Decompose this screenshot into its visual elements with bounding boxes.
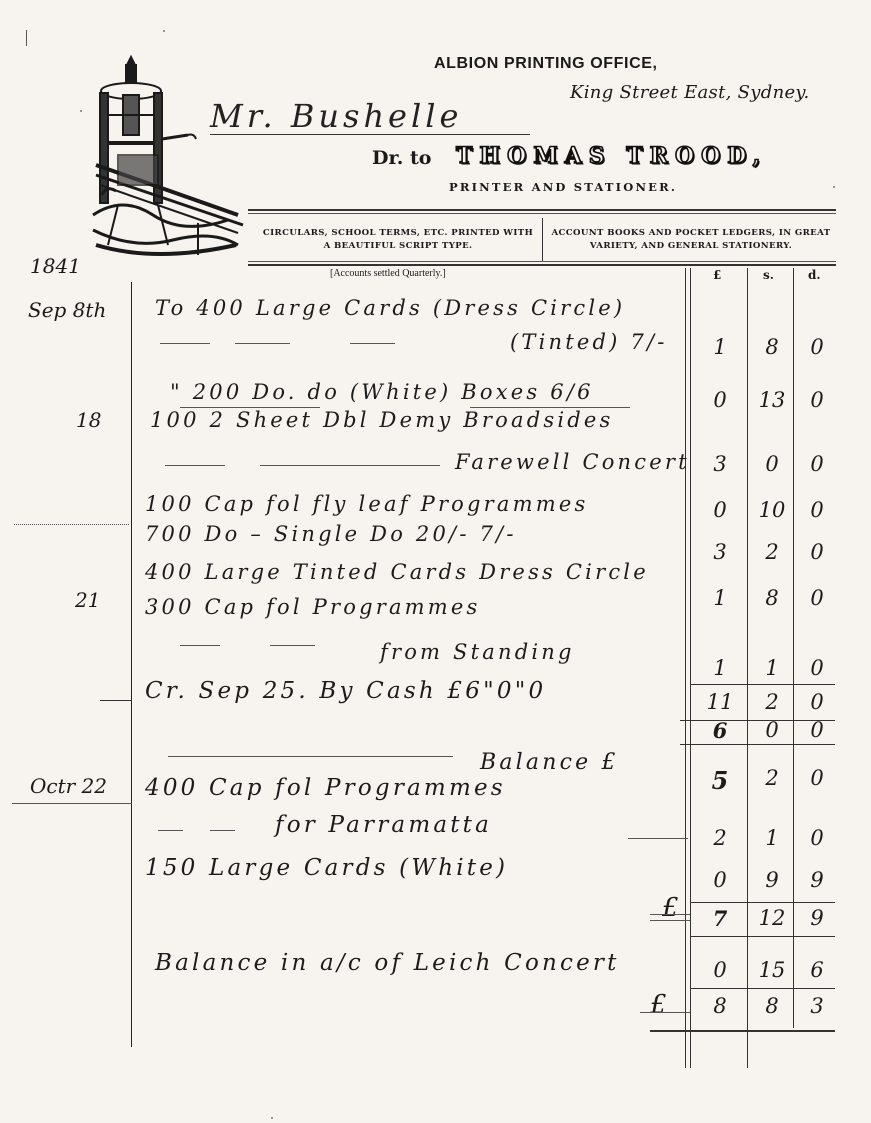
filler-dash — [235, 343, 290, 344]
subtotal-pounds: 11 — [700, 690, 740, 714]
shillings-column-rule — [747, 268, 748, 1068]
column-header-shillings: s. — [763, 268, 774, 282]
filler-dash — [158, 830, 183, 831]
filler-dash — [210, 830, 235, 831]
amount-pence: 0 — [797, 498, 837, 522]
grand-total-rule-bottom — [650, 1030, 835, 1032]
amount-pounds: 0 — [700, 868, 740, 892]
entry-description: 400 Large Tinted Cards Dress Circle — [145, 560, 649, 584]
printing-press-illustration — [88, 55, 248, 260]
concert-balance-shillings: 15 — [752, 958, 792, 982]
filler-dash — [260, 465, 440, 466]
column-header-pounds: £ — [713, 268, 721, 282]
credit-shillings: 0 — [752, 718, 792, 742]
amount-shillings: 1 — [752, 826, 792, 850]
subtotal-shillings: 2 — [752, 690, 792, 714]
balance-shillings: 2 — [752, 766, 792, 790]
concert-balance-pence: 6 — [797, 958, 837, 982]
office-address: King Street East, Sydney. — [570, 82, 810, 103]
entry-description: 700 Do – Single Do 20/- 7/- — [145, 522, 517, 546]
filler-dash — [350, 343, 395, 344]
date-margin-rule — [131, 282, 132, 1047]
pound-strike — [650, 920, 690, 921]
amount-shillings: 9 — [752, 868, 792, 892]
amount-pence: 0 — [797, 540, 837, 564]
customer-name: Mr. Bushelle — [210, 98, 530, 135]
entry-description: (Tinted) 7/- — [510, 330, 668, 354]
amount-pounds: 0 — [700, 388, 740, 412]
entry-date: Octr 22 — [30, 774, 107, 798]
amount-pence: 0 — [797, 656, 837, 680]
filler-dash — [270, 645, 315, 646]
band-divider — [542, 218, 543, 261]
amount-shillings: 8 — [752, 335, 792, 359]
pound-strike — [640, 1012, 690, 1013]
entry-description: from Standing — [380, 640, 575, 664]
balance-label: Balance £ — [480, 750, 619, 775]
entry-description: 400 Cap fol Programmes — [145, 775, 506, 801]
scan-mark — [26, 30, 27, 46]
entry-description: " 200 Do. do (White) Boxes 6/6 — [170, 380, 594, 404]
grand-total-pounds: 8 — [700, 994, 740, 1018]
amount-pounds: 1 — [700, 335, 740, 359]
entry-date: Sep 8th — [28, 298, 106, 322]
amount-pounds: 1 — [700, 656, 740, 680]
amount-pence: 0 — [797, 452, 837, 476]
grand-total-shillings: 8 — [752, 994, 792, 1018]
amount-pounds: 2 — [700, 826, 740, 850]
pound-sign: £ — [650, 990, 667, 1020]
amount-shillings: 0 — [752, 452, 792, 476]
firm-subtitle: PRINTER AND STATIONER. — [449, 180, 677, 194]
credit-margin-tick — [100, 700, 132, 701]
amount-pence: 0 — [797, 586, 837, 610]
amount-pounds: 1 — [700, 586, 740, 610]
amount-pounds: 0 — [700, 498, 740, 522]
amount-shillings: 2 — [752, 540, 792, 564]
grand-total-rule-top — [690, 988, 835, 989]
pound-strike — [650, 914, 690, 915]
entry-description: for Parramatta — [275, 812, 492, 838]
entry-description: 300 Cap fol Programmes — [145, 595, 481, 619]
band-rule-top — [248, 209, 836, 211]
scan-speck — [833, 186, 835, 188]
amount-pounds: 3 — [700, 540, 740, 564]
settlement-note: [Accounts settled Quarterly.] — [330, 268, 446, 279]
balance-pounds: 5 — [700, 766, 740, 795]
entry-description: 100 2 Sheet Dbl Demy Broadsides — [150, 408, 613, 432]
filler-dash — [160, 343, 210, 344]
firm-name: THOMAS TROOD, — [456, 143, 767, 169]
pence-column-rule — [793, 268, 794, 1028]
total-rule-top — [690, 902, 835, 903]
advert-printing: CIRCULARS, SCHOOL TERMS, ETC. PRINTED WI… — [258, 227, 538, 253]
entry-description: Farewell Concert — [455, 450, 690, 474]
total-rule-bottom — [690, 936, 835, 937]
balance-rule — [680, 744, 835, 745]
pounds-column-rule-inner — [690, 268, 691, 1068]
amount-pence: 0 — [797, 335, 837, 359]
concert-balance-pounds: 0 — [700, 958, 740, 982]
credit-pounds: 6 — [700, 718, 740, 743]
october-margin-rule — [12, 803, 132, 804]
amount-shillings: 10 — [752, 498, 792, 522]
amount-pence: 0 — [797, 826, 837, 850]
entry-date: 21 — [75, 588, 100, 612]
column-header-pence: d. — [808, 268, 821, 282]
amount-shillings: 8 — [752, 586, 792, 610]
amount-pence: 9 — [797, 868, 837, 892]
total-shillings: 12 — [752, 906, 792, 930]
total-pounds: 7 — [700, 906, 740, 931]
amount-pence: 0 — [797, 388, 837, 412]
concert-balance-description: Balance in a/c of Leich Concert — [155, 950, 620, 976]
total-pence: 9 — [797, 906, 837, 930]
margin-mark — [14, 524, 129, 525]
balance-pence: 0 — [797, 766, 837, 790]
band-rule-bottom-thin — [248, 261, 836, 262]
amount-shillings: 13 — [752, 388, 792, 412]
entry-description: 150 Large Cards (White) — [145, 855, 508, 881]
subtotal-rule — [690, 684, 835, 685]
debtor-prefix: Dr. to — [372, 147, 431, 169]
amount-shillings: 1 — [752, 656, 792, 680]
band-rule-bottom — [248, 264, 836, 266]
filler-dash — [180, 645, 220, 646]
subtotal-pence: 0 — [797, 690, 837, 714]
credit-pence: 0 — [797, 718, 837, 742]
credit-description: Cr. Sep 25. By Cash £6"0"0 — [145, 678, 546, 704]
office-title: ALBION PRINTING OFFICE, — [434, 55, 658, 73]
entry-description: To 400 Large Cards (Dress Circle) — [155, 296, 625, 320]
scan-speck — [271, 1117, 273, 1119]
advert-stationery: ACCOUNT BOOKS AND POCKET LEDGERS, IN GRE… — [548, 227, 834, 253]
amount-pounds: 3 — [700, 452, 740, 476]
scan-speck — [163, 30, 165, 32]
pound-sign: £ — [662, 893, 679, 923]
ledger-year: 1841 — [30, 254, 81, 278]
band-rule-top-thin — [248, 213, 836, 214]
entry-description: 100 Cap fol fly leaf Programmes — [145, 492, 588, 516]
filler-dash — [165, 465, 225, 466]
scan-speck — [80, 110, 82, 112]
balance-leader — [168, 756, 453, 757]
pounds-column-rule-outer — [685, 268, 686, 1068]
filler-dash — [628, 838, 688, 839]
grand-total-pence: 3 — [797, 994, 837, 1018]
entry-date: 18 — [76, 408, 101, 432]
